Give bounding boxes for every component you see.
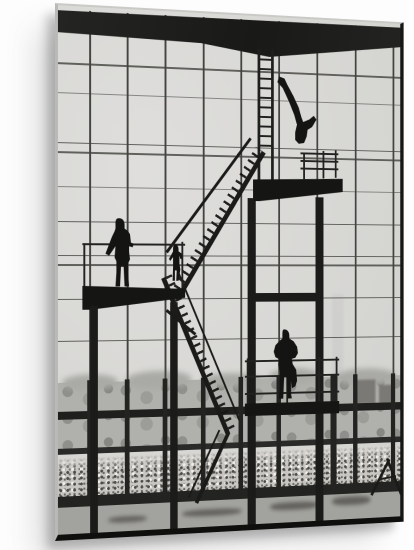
window-column-lower (239, 377, 244, 499)
swimmer-left-platform-silhouette (104, 217, 138, 291)
mounted-photo-print[interactable] (55, 3, 404, 541)
building-silhouette (355, 379, 376, 404)
window-column-lower (125, 379, 130, 504)
landing-railing-post (336, 357, 338, 401)
photograph (58, 5, 400, 535)
left-platform-railing-post (83, 243, 85, 288)
top-platform-railing-post (335, 150, 337, 177)
window-column-lower (353, 374, 357, 493)
swimmer-center-landing-silhouette (272, 329, 300, 402)
tower-crossbeam (248, 293, 324, 302)
roof-ladder-rungs (259, 58, 272, 150)
swimmer-on-stairs-silhouette (168, 245, 183, 283)
top-platform-railing-post (303, 152, 305, 180)
left-platform-leg (90, 306, 98, 533)
diver-mid-air-silhouette (276, 76, 317, 146)
left-platform-leg (170, 302, 177, 529)
top-platform-railing-post (323, 151, 325, 178)
page-background: { "scene": { "type": "black-and-white ph… (0, 0, 414, 550)
window-column-lower (163, 378, 168, 502)
landing-railing-post (318, 357, 320, 401)
landing-railing-post (247, 358, 249, 403)
